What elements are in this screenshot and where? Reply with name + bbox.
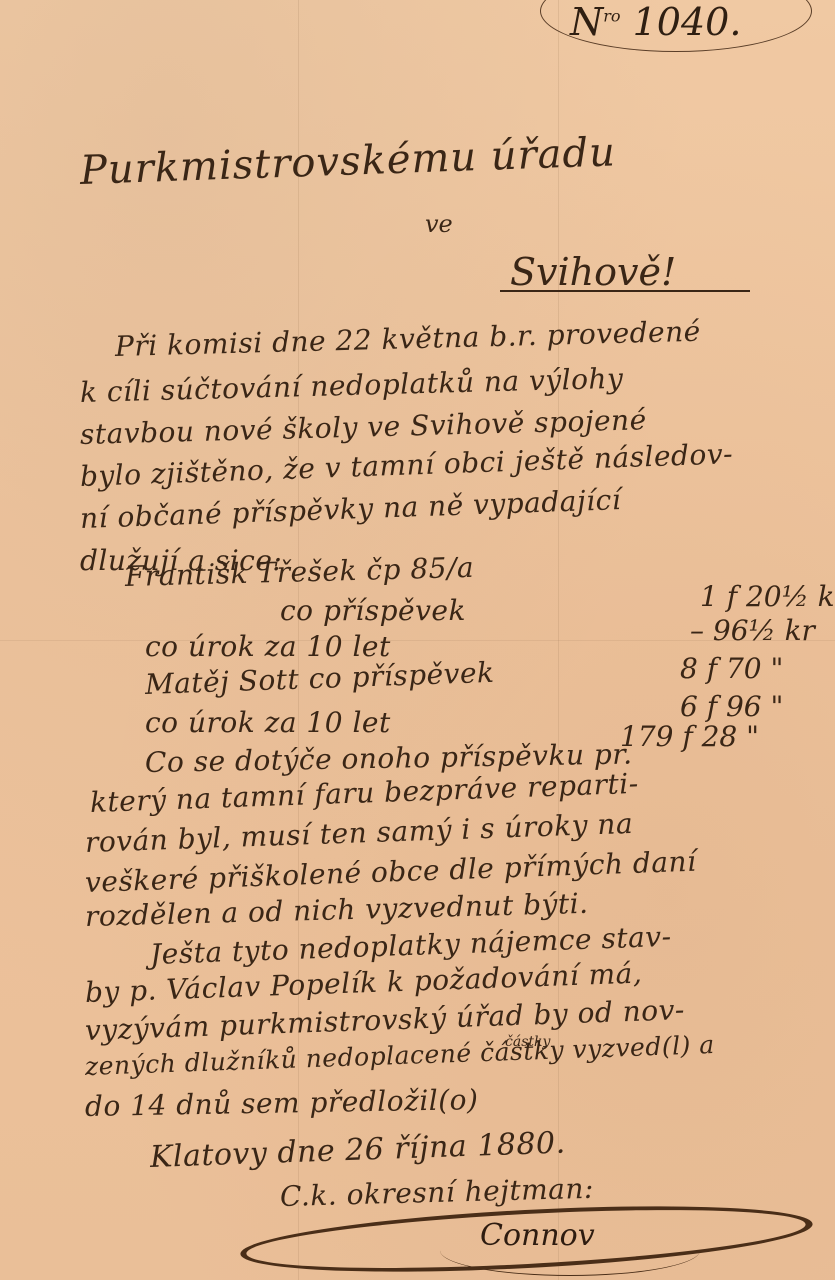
- document-page: Nro 1040. Purkmistrovskému úřadu ve Svih…: [0, 0, 835, 1280]
- reference-number-value: 1040.: [633, 0, 742, 44]
- official-title: C.k. okresní hejtman:: [280, 1172, 595, 1213]
- ledger-amount: 8 f 70 ": [680, 652, 783, 685]
- ledger-label: co úrok za 10 let: [145, 706, 391, 739]
- body-line: do 14 dnů sem předložil(o): [85, 1083, 479, 1123]
- addressee-line-2: ve: [425, 210, 453, 238]
- ledger-label: co příspěvek: [280, 594, 466, 627]
- signature-flourish: [440, 1225, 700, 1276]
- addressee-place: Svihově!: [510, 250, 676, 294]
- body-line: ní občané příspěvky na ně vypadající: [79, 483, 621, 535]
- ledger-amount: – 96½ kr: [690, 614, 815, 647]
- addressee-underline: [500, 290, 750, 292]
- place-date: Klatovy dne 26 října 1880.: [149, 1125, 566, 1174]
- reference-number-prefix: N: [570, 0, 603, 44]
- reference-number-prefix-sup: ro: [603, 6, 620, 25]
- body-line: Při komisi dne 22 května b.r. provedené: [115, 315, 702, 363]
- ledger-amount: 6 f 96 ": [680, 690, 783, 723]
- ledger-amount: 179 f 28 ": [620, 720, 759, 753]
- reference-number: Nro 1040.: [570, 0, 741, 44]
- ledger-amount: 1 f 20½ kr: [700, 580, 835, 613]
- ledger-label: co úrok za 10 let: [145, 630, 391, 663]
- addressee-line-1: Purkmistrovskému úřadu: [79, 129, 616, 194]
- body-line: k cíli súčtování nedoplatků na výlohy: [80, 362, 624, 409]
